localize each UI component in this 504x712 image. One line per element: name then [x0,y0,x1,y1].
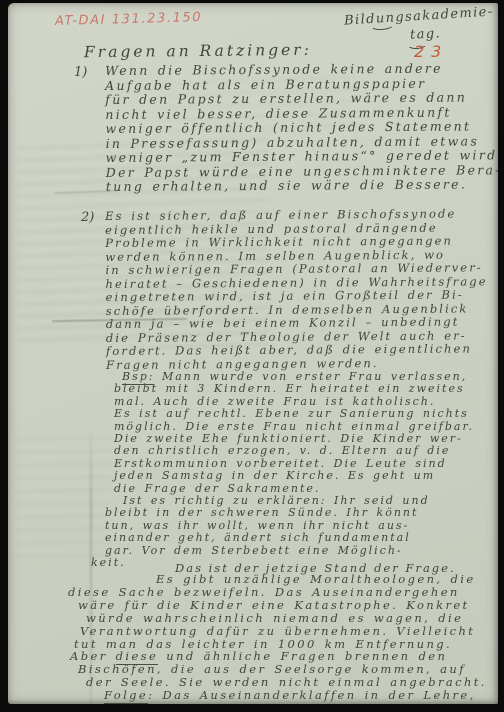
example-first-text: Mann wurde von erster Frau verlassen, [154,370,467,383]
example-block: Bsp: Mann wurde von erster Frau verlasse… [114,371,494,495]
archive-reference: AT-DAI 131.23.150 [55,10,203,29]
explanation-block: Ist es richtig zu erklären: Ihr seid und… [105,495,485,569]
manuscript-line: bleibt in der schweren Sünde. Ihr könnt [105,507,485,519]
scan-background: { "colors":{"paper":"#ccd1c3","ink":"#41… [0,0,504,712]
closing-block: Es gibt unzählige Moraltheologen, die di… [60,573,498,702]
header-note-line1: Bildungsakademie- [344,4,494,28]
manuscript-line: tung erhalten, und sie wäre die Bessere. [106,177,491,194]
line-text: Bischöfen, die aus der Seelsorge kommen,… [78,662,466,676]
paragraph-2-main: Es ist sicher, daß auf einer Bischofssyn… [105,207,496,372]
line-text: Verantwortung dafür zu übernehmen. Viell… [80,624,475,638]
manuscript-line: jeden Samstag in der Kirche. Es geht um [114,470,494,482]
line-text: würde wahrscheinlich niemand es wagen, d… [86,611,463,625]
page-number: 23 [414,42,448,61]
paragraph-1: Wenn die Bischofssynode keine andere Auf… [105,61,491,194]
document-title: Fragen an Ratzinger: [84,41,312,61]
manuscript-line: Folge: Das Auseinanderklaffen in der Leh… [104,689,498,702]
manuscript-line: einander geht, ändert sich fundamental [105,532,485,544]
line-text: der Seele. Sie werden nicht einmal angeb… [86,675,487,689]
line-text: wäre für die Kinder eine Katastrophe. Ko… [78,598,470,612]
manuscript-line: den christlich erzogen, v. d. Eltern auf… [114,445,494,457]
line-text: Aber [70,649,116,663]
underlined-word: Folge [104,688,148,704]
line-text: diese Sache bezweifeln. Das Auseinanderg… [68,585,460,599]
item-1-marker: 1) [74,65,87,80]
item-2-marker: 2) [81,210,94,225]
manuscript-line: bleibt mit 3 Kindern. Er heiratet ein zw… [114,383,494,395]
line-text: : Das Auseinanderklaffen in der Lehre, [148,688,476,702]
line-text: Es gibt unzählige Moraltheologen, die [156,572,476,586]
flourish-mark [370,19,395,31]
line-text: tut man das leichter in 1000 km Entfernu… [74,637,452,651]
manuscript-line: Es ist auf rechtl. Ebene zur Sanierung n… [114,408,494,420]
bleed-through-smudge [16,428,111,558]
manuscript-line: gar. Vor dem Sterbebett eine Möglich- [105,545,485,557]
manuscript-page: AT-DAI 131.23.150 Bildungsakademie- tag.… [8,3,498,704]
line-text: und ähnliche Fragen brennen den [158,649,447,663]
